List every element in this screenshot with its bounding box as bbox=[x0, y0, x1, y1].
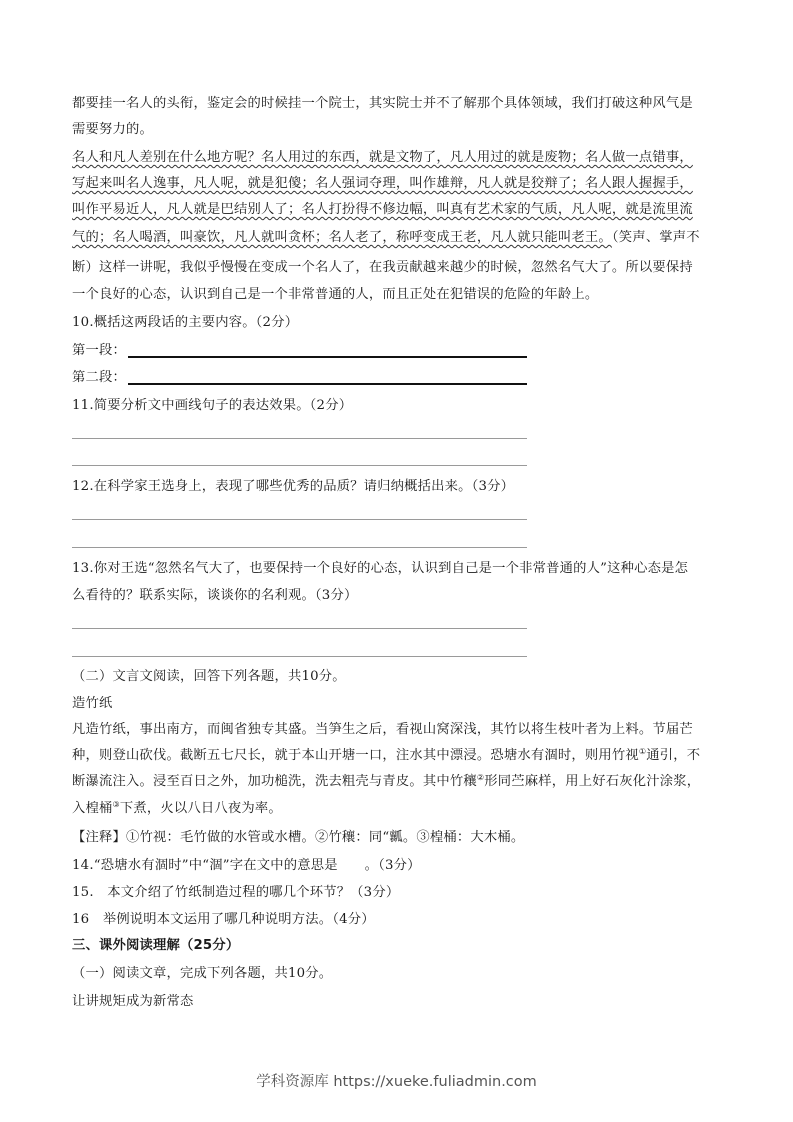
stage-note: （笑声、掌声不 bbox=[612, 230, 700, 245]
passage-line: 都要挂一名人的头衔，鉴定会的时候挂一个院士，其实院士并不了解那个具体领域，我们打… bbox=[72, 95, 693, 113]
question-10: 10.概括这两段话的主要内容。（2分） bbox=[72, 314, 298, 332]
answer-label-paragraph-1: 第一段： bbox=[72, 342, 126, 360]
question-12: 12.在科学家王选身上，表现了哪些优秀的品质？请归纳概括出来。（3分） bbox=[72, 478, 514, 496]
answer-blank-paragraph-1[interactable] bbox=[128, 356, 527, 358]
annotation-notes: 【注释】①竹视：毛竹做的水管或水槽。②竹穰：同“瓤。③楻桶：大木桶。 bbox=[72, 829, 524, 847]
footnote-marker: ③ bbox=[113, 800, 120, 809]
question-16: 16 举例说明本文运用了哪几种说明方法。（4分） bbox=[72, 911, 375, 929]
answer-line[interactable] bbox=[72, 628, 527, 629]
question-13-cont: 么看待的？联系实际，谈谈你的名利观。（3分） bbox=[72, 587, 357, 605]
answer-line[interactable] bbox=[72, 465, 527, 466]
classical-text-line: 断瀑流注入。浸至百日之外，加功槌洗，洗去粗壳与青皮。其中竹穰②形同苎麻样，用上好… bbox=[72, 773, 700, 791]
underlined-sentence-line: 写起来叫名人逸事，凡人呢，就是犯傻；名人强词夺理，叫作雄辩，凡人就是狡辩了；名人… bbox=[72, 175, 693, 193]
passage-line: 一个良好的心态，认识到自己是一个非常普通的人，而且正处在犯错误的危险的年龄上。 bbox=[72, 286, 598, 304]
subsection-heading: （一）阅读文章，完成下列各题，共10分。 bbox=[72, 965, 332, 983]
section-heading-bold: 三、课外阅读理解（25分） bbox=[72, 937, 239, 955]
document-page: 都要挂一名人的头衔，鉴定会的时候挂一个院士，其实院士并不了解那个具体领域，我们打… bbox=[0, 0, 793, 1122]
question-15: 15. 本文介绍了竹纸制造过程的哪几个环节？（3分） bbox=[72, 884, 399, 902]
answer-line[interactable] bbox=[72, 656, 527, 657]
classical-text-line: 入楻桶③下煮，火以八日八夜为率。 bbox=[72, 800, 282, 818]
section-heading: （二）文言文阅读，回答下列各题，共10分。 bbox=[72, 668, 346, 686]
underlined-sentence-line: 叫作平易近人，凡人就是巴结别人了；名人打扮得不修边幅，叫真有艺术家的气质，凡人呢… bbox=[72, 201, 693, 219]
classical-text-line: 凡造竹纸，事出南方，而闽省独专其盛。当笋生之后，看视山窝深浅，其竹以将生枝叶者为… bbox=[72, 721, 693, 739]
answer-blank-paragraph-2[interactable] bbox=[128, 383, 527, 385]
classical-text-line: 种，则登山砍伐。截断五七尺长，就于本山开塘一口，注水其中漂浸。恐塘水有涸时，则用… bbox=[72, 747, 700, 765]
underlined-sentence-line: 名人和凡人差别在什么地方呢？名人用过的东西，就是文物了，凡人用过的就是废物；名人… bbox=[72, 149, 693, 167]
question-14: 14.“恐塘水有涸时”中“涸”字在文中的意思是 。（3分） bbox=[72, 857, 421, 875]
passage-line-mixed: 气的；名人喝酒，叫豪饮，凡人就叫贪杯；名人老了，称呼变成王老，凡人就只能叫老王。… bbox=[72, 229, 700, 247]
passage-line: 断）这样一讲呢，我似乎慢慢在变成一个名人了，在我贡献越来越少的时候，忽然名气大了… bbox=[72, 259, 693, 277]
answer-label-paragraph-2: 第二段： bbox=[72, 369, 126, 387]
article-title: 造竹纸 bbox=[72, 695, 113, 713]
question-11: 11.简要分析文中画线句子的表达效果。（2分） bbox=[72, 397, 352, 415]
underlined-sentence-end: 气的；名人喝酒，叫豪饮，凡人就叫贪杯；名人老了，称呼变成王老，凡人就只能叫老王。 bbox=[72, 230, 612, 245]
passage-line: 需要努力的。 bbox=[72, 121, 153, 139]
article-title: 让讲规矩成为新常态 bbox=[72, 993, 193, 1011]
answer-line[interactable] bbox=[72, 519, 527, 520]
footer-watermark: 学科资源库 https://xueke.fuliadmin.com bbox=[0, 1070, 793, 1091]
answer-line[interactable] bbox=[72, 547, 527, 548]
answer-line[interactable] bbox=[72, 438, 527, 439]
question-13: 13.你对王选“忽然名气大了，也要保持一个良好的心态，认识到自己是一个非常普通的… bbox=[72, 560, 688, 578]
